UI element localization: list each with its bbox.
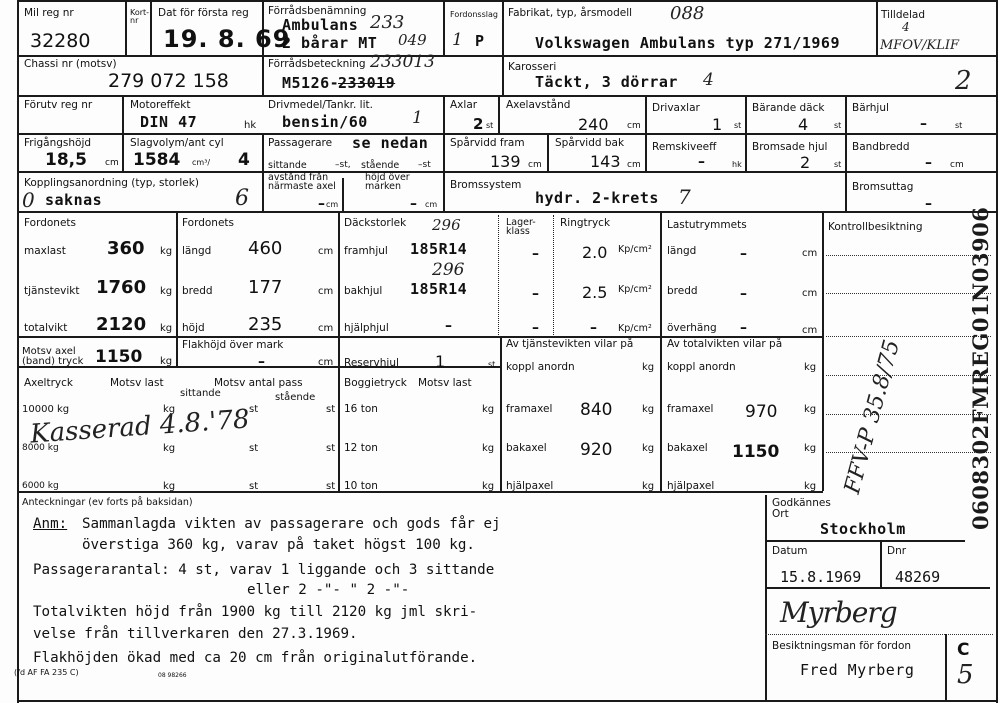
divider: [645, 95, 647, 133]
passenger-count-header: Motsv antal pass: [214, 378, 303, 389]
drive-axles-value: 1: [712, 115, 722, 134]
track-rear-value: 143: [590, 152, 621, 171]
tyre-pressure-unit: Kp/cm²: [618, 323, 652, 334]
standing-header: stående: [275, 392, 315, 403]
dotted-line: [826, 375, 991, 376]
braked-wheels-unit: st: [834, 160, 841, 169]
axle-pressure-value: 1150: [95, 347, 142, 367]
axle-load-row-label: 10000 kg: [22, 404, 69, 415]
support-wheel-label: Bärhjul: [852, 103, 889, 114]
braked-wheels-label: Bromsade hjul: [752, 142, 827, 153]
divider: [547, 133, 549, 171]
dotted-line: [826, 293, 991, 294]
service-weight-row-label: hjälpaxel: [506, 481, 553, 492]
ground-clearance-value: 18,5: [45, 150, 87, 170]
divider: [150, 0, 152, 55]
service-weight-row-label: framaxel: [506, 404, 552, 415]
load-class-value: –: [532, 320, 539, 336]
pulley-power-value: –: [698, 154, 705, 170]
total-weight-row-unit: kg: [804, 362, 816, 373]
drive-axles-unit: st: [734, 121, 741, 130]
inspector-name: Fred Myrberg: [800, 661, 914, 679]
spare-wheel-unit: st: [488, 360, 495, 369]
cargo-row-unit: cm: [802, 248, 817, 259]
wheelbase-unit: cm: [627, 121, 641, 131]
displacement-value: 1584: [133, 150, 180, 170]
service-weight-row-unit: kg: [642, 481, 654, 492]
axle-pressure-unit: kg: [160, 356, 172, 367]
prev-reg-nr-label: Förutv reg nr: [24, 100, 92, 111]
divider: [17, 133, 998, 135]
track-front-value: 139: [490, 152, 521, 171]
bogie-row-unit: kg: [482, 443, 494, 454]
supply-designation-struck: 233019: [338, 74, 395, 92]
engine-power-label: Motoreffekt: [130, 100, 190, 111]
dimension-row-value: 177: [248, 277, 282, 298]
service-weight-row-unit: kg: [642, 443, 654, 454]
platform-height-unit: cm: [318, 357, 333, 368]
tyre-row-value: 185R14: [410, 240, 467, 258]
seated-value: –st,: [335, 160, 351, 171]
body-type-label: Karosseri: [508, 62, 556, 73]
date-value: 15.8.1969: [780, 568, 861, 586]
brake-system-hand: 7: [678, 185, 691, 209]
notes-line: Flakhöjden ökad med ca 20 cm från origin…: [33, 650, 477, 666]
dotted-line: [765, 634, 993, 635]
total-weight-row-label: framaxel: [667, 404, 713, 415]
distance-nearest-axle-label: avstånd från närmaste axel: [268, 173, 343, 191]
tyre-hand-note: 296: [432, 216, 461, 234]
frame-left: [17, 0, 19, 703]
divider: [645, 133, 647, 171]
divider: [125, 0, 127, 55]
tyre-pressure-value: 2.0: [582, 243, 607, 262]
bearing-tyres-label: Bärande däck: [752, 103, 824, 114]
kort-nr-label: Kort- nr: [130, 9, 149, 25]
axle-load-row-st: st: [326, 443, 335, 454]
supply-designation-hand: 233013: [370, 52, 435, 72]
divider: [765, 495, 767, 701]
designation-hand-note-2: 049: [398, 31, 427, 49]
weight-row-unit: kg: [160, 323, 172, 334]
notes-line: Totalvikten höjd från 1900 kg till 2120 …: [33, 604, 477, 620]
coupling-height-label: höjd över marken: [365, 173, 430, 191]
ground-clearance-label: Frigångshöjd: [24, 138, 91, 149]
divider: [502, 55, 504, 95]
vehicle-class-hand: 1: [452, 30, 463, 50]
standing-value: –st: [418, 160, 431, 171]
axle-load-row-kg: kg: [163, 443, 175, 454]
divider: [502, 0, 504, 55]
notes-line: velse från tillverkaren den 27.3.1969.: [33, 626, 358, 642]
vertical-archive-code: 0608302FMREG01N03906: [968, 207, 993, 530]
reference-nr-label: Dnr: [887, 546, 906, 557]
bogie-corresponding-load-header: Motsv last: [418, 378, 472, 389]
tyre-row-label: framhjul: [344, 246, 388, 257]
service-weight-row-value: 920: [580, 440, 612, 460]
divider: [176, 336, 178, 366]
coupling-hand-2: 6: [235, 186, 249, 211]
make-model-hand: 088: [670, 3, 704, 24]
axle-load-row-label: 6000 kg: [22, 481, 59, 492]
braked-wheels-value: 2: [800, 153, 810, 172]
axle-pressure-label-2: (band) tryck: [22, 357, 83, 367]
displacement-unit: cm³/: [192, 158, 210, 167]
reference-nr-value: 48269: [895, 568, 940, 586]
dimension-row-unit: cm: [318, 286, 333, 297]
dimension-row-unit: cm: [318, 246, 333, 257]
weight-row-label: tjänstevikt: [24, 286, 80, 297]
notes-label: Anteckningar (ev forts på baksidan): [22, 497, 193, 508]
dotted-line: [826, 336, 991, 337]
bogie-row-unit: kg: [482, 404, 494, 415]
class-hand-note: 5: [957, 660, 974, 690]
divider: [660, 211, 662, 491]
designation-line2: 2 bårar MT: [282, 34, 377, 52]
weight-row-value: 360: [107, 238, 145, 259]
form-id: (fd AF FA 235 C): [14, 667, 79, 678]
service-weight-row-unit: kg: [642, 362, 654, 373]
cargo-row-label: bredd: [667, 286, 698, 297]
total-weight-row-value: 970: [745, 402, 777, 422]
divider: [822, 211, 824, 491]
divider: [17, 95, 998, 97]
spare-wheel-label: Reservhjul: [344, 358, 399, 369]
dimensions-header: Fordonets: [182, 218, 234, 229]
divider: [765, 587, 990, 589]
brake-outlet-label: Bromsuttag: [852, 182, 913, 193]
track-front-label: Spårvidd fram: [450, 138, 525, 149]
form-print-number: 08 98266: [158, 670, 187, 681]
first-registration-date-value: 19. 8. 69: [163, 25, 290, 53]
bogie-row-label: 10 ton: [344, 481, 378, 492]
seated-header: sittande: [180, 388, 221, 399]
corresponding-load-header: Motsv last: [110, 378, 164, 389]
engine-power-value: DIN 47: [140, 113, 197, 131]
dimension-row-unit: cm: [318, 323, 333, 334]
designation-hand-note-1: 233: [370, 12, 404, 33]
track-width-value: –: [925, 155, 932, 171]
tyre-row-value: 185R14: [410, 280, 467, 298]
weights-header: Fordonets: [24, 218, 76, 229]
axle-load-row-st: st: [249, 443, 258, 454]
divider: [500, 336, 502, 491]
mil-reg-nr-label: Mil reg nr: [24, 8, 74, 19]
divider: [765, 540, 965, 542]
notes-line: överstiga 360 kg, varav på taket högst 1…: [82, 537, 475, 553]
pulley-power-label: Remskiveeff: [652, 142, 716, 153]
cargo-space-header: Lastutrymmets: [667, 220, 747, 231]
weight-row-label: maxlast: [24, 246, 66, 257]
weight-row-label: totalvikt: [24, 323, 67, 334]
divider: [122, 95, 124, 171]
bearing-tyres-value: 4: [798, 115, 808, 134]
body-type-value: Täckt, 3 dörrar: [535, 73, 678, 91]
service-weight-row-label: koppl anordn: [506, 362, 575, 373]
cargo-row-value: –: [740, 320, 747, 336]
coupling-height-unit: cm: [425, 200, 437, 209]
total-weight-row-label: bakaxel: [667, 443, 708, 454]
vehicle-registration-card: Mil reg nr 32280 Kort- nr Dat för första…: [0, 0, 1000, 703]
standing-label: stående: [361, 160, 399, 171]
displacement-label: Slagvolym/ant cyl: [130, 138, 224, 149]
divider: [498, 215, 499, 335]
first-registration-date-label: Dat för första reg: [158, 8, 249, 19]
notes-line: Passagerarantal: 4 st, varav 1 liggande …: [33, 562, 494, 578]
bogie-row-label: 16 ton: [344, 404, 378, 415]
divider: [338, 366, 340, 491]
distance-nearest-axle-unit: cm: [326, 200, 338, 209]
cargo-row-label: längd: [667, 246, 696, 257]
ground-clearance-unit: cm: [105, 158, 119, 168]
date-label: Datum: [772, 546, 808, 557]
support-wheel-unit: st: [955, 121, 962, 130]
divider: [443, 95, 445, 133]
spare-wheel-value: 1: [435, 352, 445, 371]
track-rear-label: Spårvidd bak: [555, 138, 624, 149]
tyre-pressure-unit: Kp/cm²: [618, 284, 652, 295]
tyre-size-header: Däckstorlek: [344, 218, 406, 229]
axle-load-row-st: st: [249, 481, 258, 492]
divider: [880, 540, 882, 588]
axles-label: Axlar: [450, 100, 477, 111]
divider: [338, 211, 340, 366]
axle-load-row-st: st: [326, 404, 335, 415]
support-wheel-value: –: [920, 116, 927, 132]
brake-system-label: Bromssystem: [450, 180, 521, 191]
bearing-tyres-unit: st: [834, 121, 841, 130]
brake-outlet-value: –: [925, 196, 932, 212]
divider: [945, 634, 947, 702]
dimension-row-value: 235: [248, 314, 282, 335]
load-class-value: –: [532, 246, 539, 262]
pulley-power-unit: hk: [732, 160, 742, 169]
dimension-row-value: 460: [248, 238, 282, 259]
cargo-row-value: –: [740, 246, 747, 262]
divider: [876, 0, 878, 55]
service-weight-row-unit: kg: [642, 404, 654, 415]
divider: [17, 171, 998, 173]
wheelbase-value: 240: [578, 115, 609, 134]
inspection-hand-note: FFV-P 35.8/75: [840, 337, 905, 496]
total-weight-row-value: 1150: [732, 442, 779, 462]
bogie-load-header: Boggietryck: [344, 378, 407, 389]
cargo-row-unit: cm: [802, 288, 817, 299]
cargo-row-unit: cm: [802, 325, 817, 336]
divider: [443, 133, 445, 211]
designation-line1: Ambulans: [282, 16, 358, 34]
supply-designation-label: Förrådsbeteckning: [268, 59, 366, 70]
dimension-row-label: längd: [182, 246, 211, 257]
bogie-row-unit: kg: [482, 481, 494, 492]
assigned-hand-2: MFOV/KLIF: [880, 38, 959, 53]
tyre-row-label: hjälphjul: [344, 323, 389, 334]
fuel-tank-hand: 1: [412, 108, 423, 128]
tyre-pressure-value: 2.5: [582, 283, 607, 302]
vehicle-class-value: P: [475, 32, 485, 50]
total-weight-row-unit: kg: [804, 404, 816, 415]
dimension-row-label: höjd: [182, 323, 205, 334]
axle-load-header: Axeltryck: [24, 378, 73, 389]
place-value: Stockholm: [820, 520, 906, 538]
make-model-label: Fabrikat, typ, årsmodell: [508, 8, 632, 19]
passengers-label: Passagerare: [268, 138, 332, 149]
tyre-pressure-unit: Kp/cm²: [618, 244, 652, 255]
divider: [553, 215, 554, 335]
total-weight-row-label: koppl anordn: [667, 362, 736, 373]
place-label: Ort: [772, 509, 789, 520]
axle-load-row-kg: kg: [163, 481, 175, 492]
make-model-value: Volkswagen Ambulans typ 271/1969: [535, 34, 840, 52]
platform-height-label: Flakhöjd över mark: [182, 340, 283, 351]
supply-designation-value: M5126-: [282, 74, 339, 92]
axle-load-row-st: st: [249, 404, 258, 415]
frame-bottom: [17, 700, 998, 702]
track-rear-unit: cm: [627, 160, 641, 170]
platform-height-value: –: [258, 354, 265, 370]
load-class-header: Lager- klass: [506, 218, 536, 236]
chassis-nr-label: Chassi nr (motsv): [24, 59, 117, 70]
passengers-value: se nedan: [352, 134, 428, 152]
wheelbase-label: Axelavstånd: [506, 100, 570, 111]
divider: [443, 0, 445, 55]
total-weight-row-unit: kg: [804, 443, 816, 454]
fuel-tank-label: Drivmedel/Tankr. lit.: [268, 100, 373, 111]
inspection-label: Kontrollbesiktning: [828, 222, 923, 233]
coupling-value: saknas: [45, 191, 102, 209]
coupling-label: Kopplingsanordning (typ, storlek): [24, 178, 199, 189]
axle-load-row-st: st: [326, 481, 335, 492]
coupling-hand-1: 0: [22, 188, 35, 212]
weight-row-unit: kg: [160, 286, 172, 297]
assigned-hand-3: 2: [955, 66, 972, 96]
axles-value: 2: [473, 115, 483, 133]
dotted-line: [826, 414, 991, 415]
seated-label: sittande: [268, 160, 307, 171]
engine-power-unit: hk: [244, 120, 256, 131]
tyre-hand-note: 296: [432, 260, 464, 280]
cargo-row-label: överhäng: [667, 323, 717, 334]
total-weight-header: Av totalvikten vilar på: [667, 339, 782, 350]
tyre-pressure-value: –: [590, 320, 597, 336]
tyre-row-label: bakhjul: [344, 286, 382, 297]
vehicle-class-label: Fordonsslag: [450, 11, 498, 19]
cylinders-value: 4: [238, 150, 250, 170]
load-class-value: –: [532, 286, 539, 302]
dimension-row-label: bredd: [182, 286, 213, 297]
drive-axles-label: Drivaxlar: [652, 103, 700, 114]
notes-line: Sammanlagda vikten av passagerare och go…: [82, 516, 501, 532]
assigned-hand-1: 4: [902, 20, 910, 34]
chassis-nr-value: 279 072 158: [108, 70, 229, 92]
notes-line: eller 2 -"- " 2 -"-: [247, 582, 409, 598]
divider: [498, 95, 500, 133]
track-width-label: Bandbredd: [852, 142, 910, 153]
axles-unit: st: [486, 121, 493, 130]
service-weight-header: Av tjänstevikten vilar på: [506, 339, 633, 350]
body-type-hand: 4: [703, 70, 714, 90]
bogie-row-label: 12 ton: [344, 443, 378, 454]
frame-right: [996, 0, 998, 703]
tyre-pressure-header: Ringtryck: [560, 218, 610, 229]
brake-system-value: hydr. 2-krets: [535, 189, 659, 207]
tyre-row-value: –: [445, 318, 452, 334]
class-label: C: [957, 640, 969, 660]
divider: [17, 55, 998, 57]
weight-row-unit: kg: [160, 246, 172, 257]
total-weight-row-label: hjälpaxel: [667, 481, 714, 492]
inspector-label: Besiktningsman för fordon: [772, 641, 911, 652]
dotted-line: [826, 255, 991, 256]
divider: [17, 211, 998, 213]
divider: [262, 133, 264, 211]
frame-top: [17, 0, 998, 2]
service-weight-row-label: bakaxel: [506, 443, 547, 454]
inspector-signature: Myrberg: [780, 596, 897, 629]
total-weight-row-unit: kg: [804, 481, 816, 492]
weight-row-value: 2120: [96, 314, 146, 335]
coupling-height-value: –: [410, 196, 417, 212]
divider: [845, 95, 847, 211]
track-width-unit: cm: [950, 160, 964, 170]
cargo-row-value: –: [740, 286, 747, 302]
fuel-tank-value: bensin/60: [282, 113, 368, 131]
divider: [176, 211, 178, 336]
service-weight-row-value: 840: [580, 400, 612, 420]
divider: [745, 95, 747, 171]
mil-reg-nr-value: 32280: [30, 30, 90, 52]
track-front-unit: cm: [528, 160, 542, 170]
distance-nearest-axle-value: –: [318, 196, 325, 212]
weight-row-value: 1760: [96, 277, 146, 298]
notes-anm-prefix: Anm:: [33, 516, 67, 532]
